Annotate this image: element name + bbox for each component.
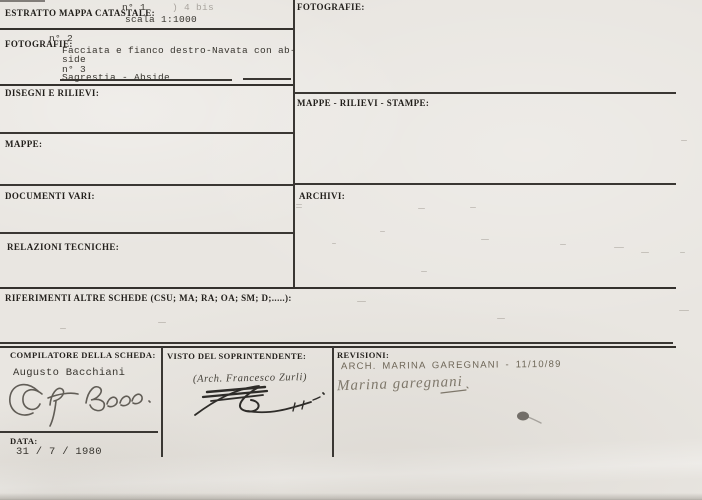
archivi-label: ARCHIVI: xyxy=(299,191,345,201)
rule-riferimenti-bottom xyxy=(0,342,673,344)
scan-noise xyxy=(158,322,166,323)
rule-fotografie-right-bottom xyxy=(294,92,676,94)
relazioni-label: RELAZIONI TECNICHE: xyxy=(7,242,119,252)
scan-noise xyxy=(357,301,366,302)
rule-sagrestia-underline-2 xyxy=(243,78,291,80)
documenti-label: DOCUMENTI VARI: xyxy=(5,191,95,201)
data-label: DATA: xyxy=(10,436,38,446)
divider-compilatore-visto xyxy=(161,347,163,457)
scan-noise xyxy=(481,239,489,240)
rule-documenti-bottom xyxy=(0,232,293,234)
compilatore-signature xyxy=(4,377,156,429)
scan-noise xyxy=(332,243,336,244)
rule-mappe-bottom xyxy=(0,184,293,186)
compilatore-label: COMPILATORE DELLA SCHEDA: xyxy=(10,350,156,360)
disegni-label: DISEGNI E RILIEVI: xyxy=(5,88,99,98)
rule-fotografie-left-bottom xyxy=(0,84,293,86)
scan-noise xyxy=(296,204,302,205)
revisioni-label: REVISIONI: xyxy=(337,350,389,360)
revisioni-entry: ARCH. MARINA GAREGNANI - 11/10/89 xyxy=(341,359,562,372)
rule-disegni-bottom xyxy=(0,132,293,134)
rule-bottom-row-top xyxy=(0,346,676,348)
scan-noise xyxy=(680,252,685,253)
divider-main-columns xyxy=(293,0,295,287)
divider-visto-revisioni xyxy=(332,347,334,457)
scan-noise xyxy=(470,207,476,208)
scan-noise xyxy=(380,231,385,232)
mappe-label: MAPPE: xyxy=(5,139,42,149)
visto-label: VISTO DEL SOPRINTENDENTE: xyxy=(167,351,306,361)
scan-edge-mark xyxy=(0,0,45,2)
data-value: 31 / 7 / 1980 xyxy=(16,446,102,458)
scan-noise xyxy=(418,208,425,209)
scan-noise xyxy=(296,207,302,208)
scan-noise xyxy=(560,244,566,245)
scan-noise xyxy=(421,271,427,272)
riferimenti-label: RIFERIMENTI ALTRE SCHEDE (CSU; MA; RA; O… xyxy=(5,293,292,303)
revisioni-signature-flourish xyxy=(440,386,470,398)
soprintendente-signature xyxy=(185,380,325,420)
scan-noise xyxy=(497,318,505,319)
rule-archivi-bottom xyxy=(0,287,676,289)
mappe-rilievi-stampe-label: MAPPE - RILIEVI - STAMPE: xyxy=(297,98,429,108)
estratto-numero: n° 1 xyxy=(122,2,146,13)
scanned-catalog-form: ESTRATTO MAPPA CATASTALE: n° 1 ) 4 bis s… xyxy=(0,0,702,500)
rule-mappe-rilievi-bottom xyxy=(294,183,676,185)
fotografie-right-label: FOTOGRAFIE: xyxy=(297,2,365,12)
estratto-faded-note: ) 4 bis xyxy=(172,2,214,13)
estratto-scala: scala 1:1000 xyxy=(125,14,197,25)
fotografie-desc2-line1: Facciata e fianco destro-Navata con ab- xyxy=(62,45,296,56)
fotografie-numero-2: n° 2 xyxy=(49,33,73,44)
scan-noise xyxy=(60,328,66,329)
scan-noise xyxy=(614,247,624,248)
scan-noise xyxy=(679,310,689,311)
fotografie-desc3: Sagrestia - Abside xyxy=(62,72,170,83)
ink-blot xyxy=(516,410,542,426)
scan-noise xyxy=(681,140,687,141)
rule-data-top xyxy=(0,431,158,433)
scan-noise xyxy=(641,252,649,253)
rule-estratto-bottom xyxy=(0,28,293,30)
